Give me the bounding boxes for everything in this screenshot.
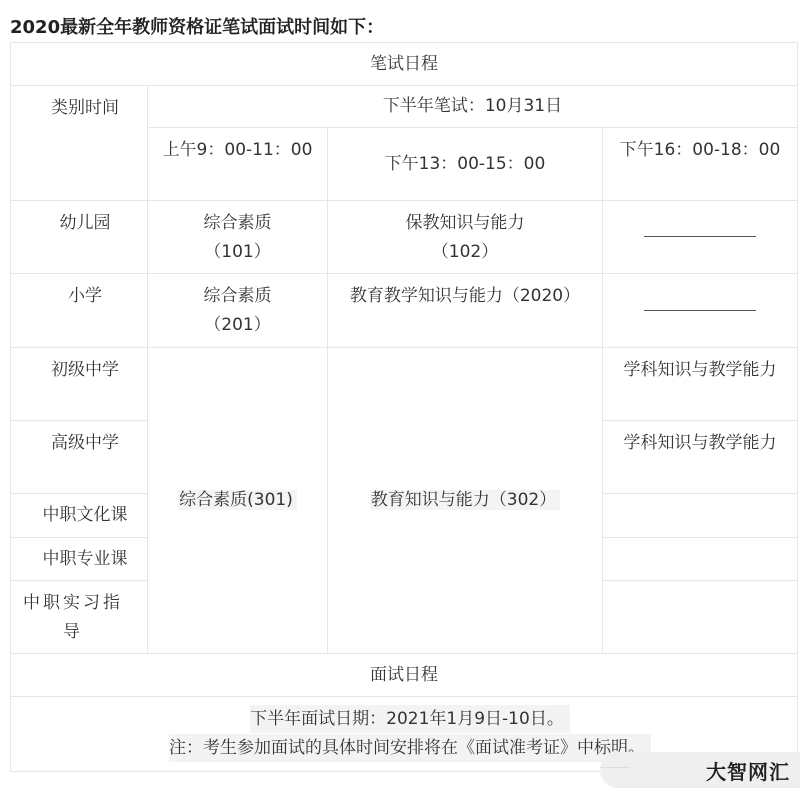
time-slot-3: 下午16：00-18：00 [603, 128, 798, 201]
watermark-line [600, 767, 630, 768]
session-title: 下半年笔试：10月31日 [148, 86, 798, 128]
category-header: 类别时间 [11, 86, 148, 201]
category-cell: 中职专业课 [11, 538, 148, 581]
subject-cell: 学科知识与教学能力 [603, 348, 798, 421]
page-heading: 2020最新全年教师资格证笔试面试时间如下： [10, 13, 384, 39]
category-cell: 中职文化课 [11, 494, 148, 538]
interview-note: 注：考生参加面试的具体时间安排将在《面试准考证》中标明。 [169, 734, 651, 762]
table-row: 小学 综合素质（201） 教育教学知识与能力（2020） [11, 274, 798, 348]
merged-subject-cell-2: 教育知识与能力（302） [328, 348, 603, 654]
category-cell: 高级中学 [11, 421, 148, 494]
category-cell: 小学 [11, 274, 148, 348]
interview-schedule-title: 面试日程 [11, 654, 798, 697]
exam-schedule-table: 笔试日程 类别时间 下半年笔试：10月31日 上午9：00-11：00 下午13… [10, 42, 798, 772]
subject-cell: 综合素质（201） [148, 274, 328, 348]
time-slot-1: 上午9：00-11：00 [148, 128, 328, 201]
empty-cell [603, 581, 798, 654]
empty-cell [603, 538, 798, 581]
watermark-text: 大智网汇 [706, 756, 790, 785]
subject-cell: 综合素质（101） [148, 201, 328, 274]
interview-date: 下半年面试日期：2021年1月9日-10日。 [250, 705, 570, 733]
merged-subject-cell-1: 综合素质(301) [148, 348, 328, 654]
empty-cell [603, 494, 798, 538]
subject-cell: 学科知识与教学能力 [603, 421, 798, 494]
category-cell: 中职实习指导 [11, 581, 148, 654]
category-cell: 初级中学 [11, 348, 148, 421]
watermark-badge: 大智网汇 [600, 752, 800, 788]
written-schedule-title: 笔试日程 [11, 43, 798, 86]
empty-dash-cell [603, 274, 798, 348]
subject-cell: 保教知识与能力（102） [328, 201, 603, 274]
table-row: 幼儿园 综合素质（101） 保教知识与能力（102） [11, 201, 798, 274]
subject-cell: 教育教学知识与能力（2020） [328, 274, 603, 348]
category-cell: 幼儿园 [11, 201, 148, 274]
empty-dash-cell [603, 201, 798, 274]
time-slot-2: 下午13：00-15：00 [328, 128, 603, 201]
table-row: 初级中学 综合素质(301) 教育知识与能力（302） 学科知识与教学能力 [11, 348, 798, 421]
